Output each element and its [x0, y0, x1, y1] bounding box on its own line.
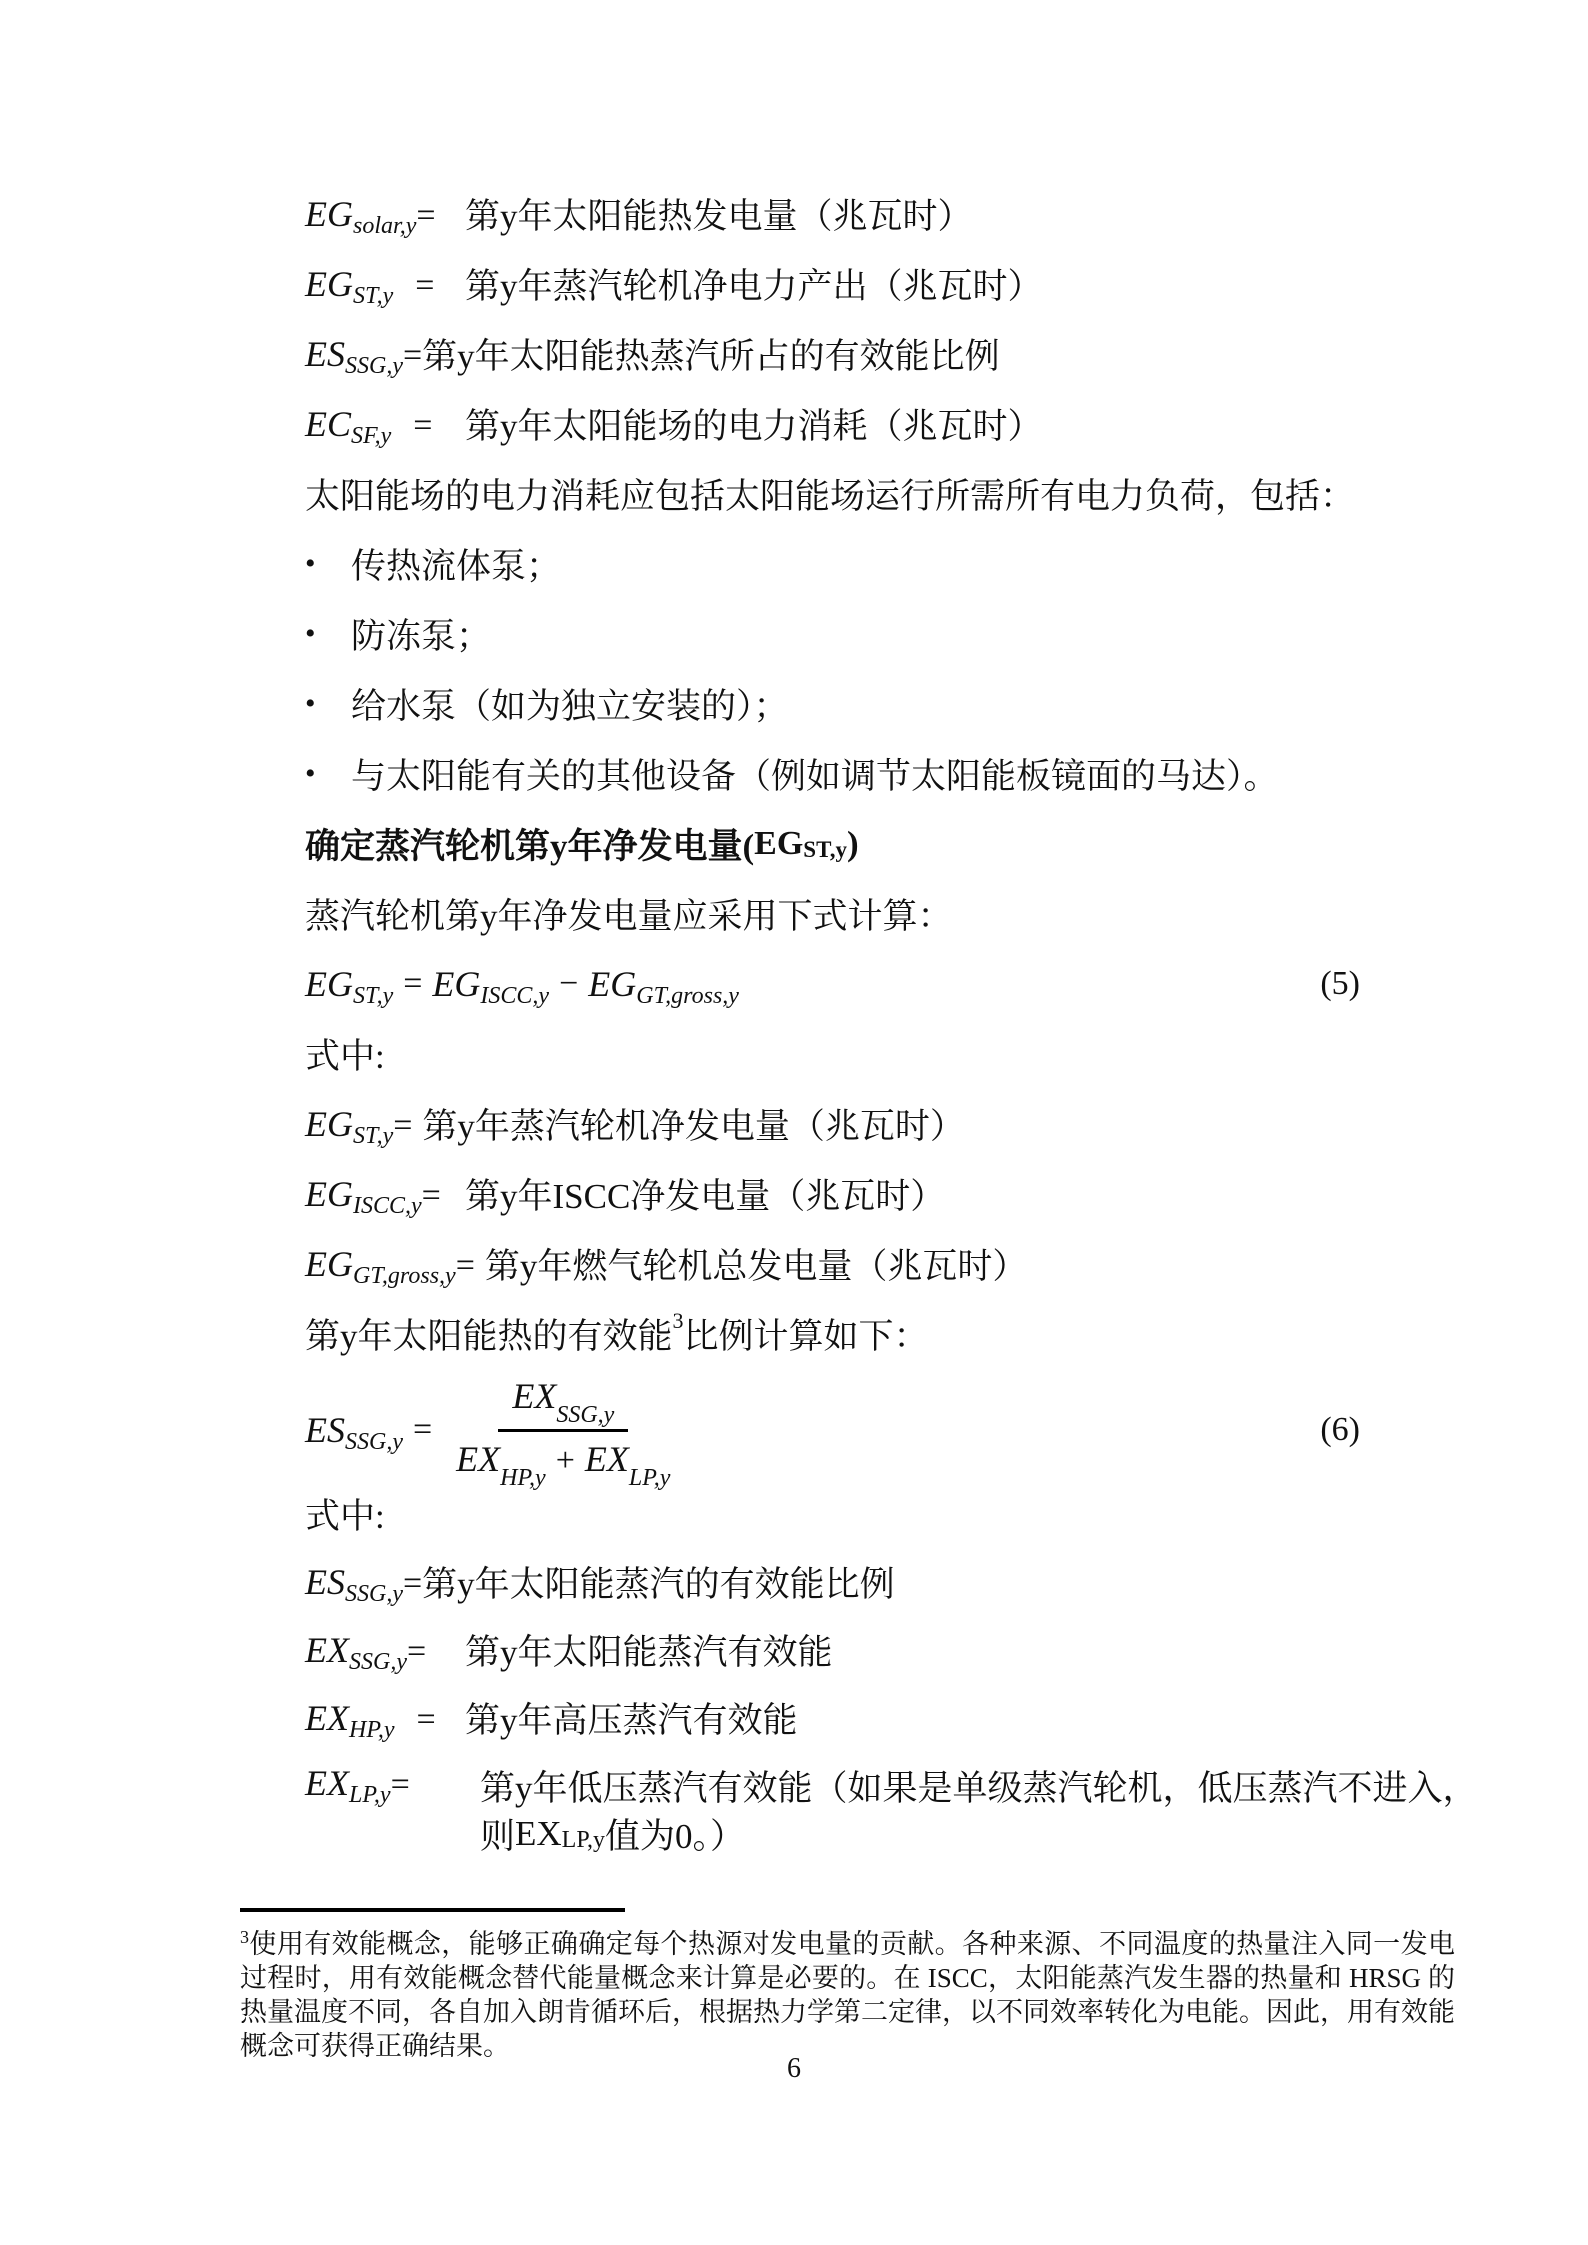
definition-description: 第y年高压蒸汽有效能: [465, 1693, 798, 1743]
variable-subscript: SSG,y: [556, 1402, 614, 1428]
bullet-text: 传热流体泵；: [351, 539, 561, 589]
where-text: 式中:: [305, 1029, 385, 1079]
equals-sign: =: [403, 337, 422, 375]
heading-variable-subscript: ST,y: [803, 837, 847, 863]
variable-subscript: ISCC,y: [353, 1193, 422, 1220]
variable-subscript: solar,y: [353, 213, 416, 240]
bullet-text: 与太阳能有关的其他设备（例如调节太阳能板镜面的马达）。: [351, 749, 1279, 799]
equals-sign: =: [393, 1107, 412, 1145]
variable-term: EXHP,y=: [305, 1697, 465, 1739]
minus-sign: −: [559, 965, 578, 1003]
variable-subscript: LP,y: [562, 1827, 605, 1854]
paragraph-eq6-intro: 第y年太阳能热的有效能3比例计算如下：: [305, 1310, 1410, 1358]
variable-name: EG: [305, 193, 353, 235]
definition-row: EGST,y= 第y年蒸汽轮机净电力产出（兆瓦时）: [305, 260, 1410, 308]
where-text: 式中:: [305, 1489, 385, 1539]
bullet-item: • 与太阳能有关的其他设备（例如调节太阳能板镜面的马达）。: [305, 750, 1410, 798]
section-heading: 确定蒸汽轮机第y年净发电量(EGST,y): [305, 820, 1410, 868]
paragraph-text: 蒸汽轮机第y年净发电量应采用下式计算：: [305, 889, 953, 939]
definition-row: EGST,y= 第y年蒸汽轮机净发电量（兆瓦时）: [305, 1100, 1410, 1148]
bullet-text: 防冻泵；: [351, 609, 491, 659]
equals-sign: =: [403, 1565, 422, 1603]
variable-term: ESSSG,y=: [305, 333, 422, 375]
variable-term: EGST,y=: [305, 263, 465, 305]
variable-term: EGISCC,y=: [305, 1173, 465, 1215]
paragraph-eq5-intro: 蒸汽轮机第y年净发电量应采用下式计算：: [305, 890, 1410, 938]
variable-name: EX: [456, 1439, 500, 1479]
bullet-text: 给水泵（如为独立安装的）；: [351, 679, 789, 729]
variable-subscript: ISCC,y: [480, 983, 549, 1010]
variable-name: EC: [305, 403, 351, 445]
equals-sign: =: [417, 1701, 436, 1739]
footnote-reference: 3: [673, 1308, 684, 1333]
variable-term: ESSSG,y=: [305, 1561, 422, 1603]
equals-sign: =: [413, 407, 432, 445]
heading-text-suffix: ): [847, 824, 859, 864]
footnote: 3使用有效能概念，能够正确确定每个热源对发电量的贡献。各种来源、不同温度的热量注…: [240, 1920, 1455, 2063]
equals-sign: =: [413, 1411, 432, 1449]
variable-subscript: HP,y: [349, 1717, 395, 1744]
variable-subscript: LP,y: [349, 1782, 391, 1809]
variable-subscript: LP,y: [629, 1465, 671, 1491]
variable-subscript: ST,y: [353, 283, 393, 310]
footnote-divider: [240, 1908, 625, 1912]
footnote-text: 使用有效能概念，能够正确确定每个热源对发电量的贡献。各种来源、不同温度的热量注入…: [240, 1929, 1455, 2061]
equation-6: ESSSG,y = EXSSG,y EXHP,y+EXLP,y (6): [305, 1380, 1410, 1480]
variable-subscript: GT,gross,y: [353, 1263, 456, 1290]
intro-prefix: 第y年太阳能热的有效能: [305, 1317, 673, 1356]
variable-name: EG: [305, 963, 353, 1005]
paragraph-solar-field-loads: 太阳能场的电力消耗应包括太阳能场运行所需所有电力负荷，包括：: [305, 470, 1410, 518]
variable-term: EGsolar,y=: [305, 193, 465, 235]
equation-5: EGST,y = EGISCC,y − EGGT,gross,y (5): [305, 960, 1410, 1008]
equation-term: EGGT,gross,y: [588, 963, 739, 1005]
description-text: 值为0。）: [605, 1809, 745, 1859]
definition-description: 第y年燃气轮机总发电量（兆瓦时）: [485, 1239, 1028, 1289]
variable-name: ES: [305, 1561, 345, 1603]
intro-suffix: 比例计算如下：: [684, 1317, 929, 1356]
equation-term: EGISCC,y: [432, 963, 549, 1005]
variable-name: EG: [305, 1173, 353, 1215]
bullet-marker: •: [305, 617, 351, 651]
bullet-marker: •: [305, 547, 351, 581]
bullet-item: • 防冻泵；: [305, 610, 1410, 658]
definition-description: 第y年蒸汽轮机净发电量（兆瓦时）: [422, 1099, 965, 1149]
equals-sign: =: [456, 1247, 475, 1285]
page-number: 6: [0, 2053, 1588, 2085]
fraction-denominator: EXHP,y+EXLP,y: [450, 1432, 676, 1486]
definition-description: 第y年太阳能蒸汽的有效能比例: [422, 1557, 895, 1607]
variable-name: EG: [305, 1243, 353, 1285]
variable-subscript: SSG,y: [349, 1649, 407, 1676]
variable-term: EGST,y=: [305, 1103, 412, 1145]
definition-row: ESSSG,y= 第y年太阳能蒸汽的有效能比例: [305, 1558, 1410, 1606]
definition-description: 第y年太阳能蒸汽有效能: [465, 1625, 833, 1675]
variable-name: EX: [305, 1762, 349, 1804]
variable-name: EX: [305, 1629, 349, 1671]
variable-subscript: SSG,y: [345, 1429, 403, 1456]
where-label: 式中:: [305, 1030, 1410, 1078]
definition-row: EGGT,gross,y= 第y年燃气轮机总发电量（兆瓦时）: [305, 1240, 1410, 1288]
equation-number: (5): [1320, 965, 1360, 1003]
heading-text: 确定蒸汽轮机第y年净发电量(: [305, 819, 754, 869]
definition-row: EXSSG,y= 第y年太阳能蒸汽有效能: [305, 1626, 1410, 1674]
definition-description: 第y年太阳能热发电量（兆瓦时）: [465, 189, 973, 239]
document-page: EGsolar,y= 第y年太阳能热发电量（兆瓦时） EGST,y= 第y年蒸汽…: [0, 0, 1588, 2245]
equals-sign: =: [422, 1177, 441, 1215]
definition-row: EXLP,y= 第y年低压蒸汽有效能（如果是单级蒸汽轮机，低压蒸汽不进入， 则E…: [305, 1762, 1410, 1858]
equation-lhs: EGST,y: [305, 963, 393, 1005]
variable-subscript: ST,y: [353, 1123, 393, 1150]
variable-term: EGGT,gross,y=: [305, 1243, 475, 1285]
where-label: 式中:: [305, 1490, 1410, 1538]
description-line-2: 则EXLP,y值为0。）: [480, 1810, 1478, 1858]
variable-name: EG: [432, 963, 480, 1005]
paragraph-text: 第y年太阳能热的有效能3比例计算如下：: [305, 1309, 929, 1359]
equals-sign: =: [416, 197, 435, 235]
variable-subscript: GT,gross,y: [636, 983, 739, 1010]
description-text: 第y年低压蒸汽有效能（如果是单级蒸汽轮机，低压蒸汽不进入，: [480, 1761, 1478, 1811]
variable-name: EG: [305, 1103, 353, 1145]
equals-sign: =: [403, 965, 422, 1003]
variable-term: EXLP,y=: [305, 1762, 480, 1804]
fraction: EXSSG,y EXHP,y+EXLP,y: [450, 1375, 676, 1486]
equals-sign: =: [407, 1633, 426, 1671]
variable-name: ES: [305, 1409, 345, 1451]
variable-subscript: ST,y: [353, 983, 393, 1010]
variable-subscript: SSG,y: [345, 353, 403, 380]
variable-name: ES: [305, 333, 345, 375]
paragraph-text: 太阳能场的电力消耗应包括太阳能场运行所需所有电力负荷，包括：: [305, 469, 1355, 519]
fraction-numerator: EXSSG,y: [498, 1375, 628, 1432]
variable-subscript: SF,y: [351, 423, 391, 450]
plus-sign: +: [556, 1442, 575, 1479]
variable-subscript: HP,y: [500, 1465, 546, 1491]
bullet-item: • 传热流体泵；: [305, 540, 1410, 588]
document-body: EGsolar,y= 第y年太阳能热发电量（兆瓦时） EGST,y= 第y年蒸汽…: [305, 190, 1410, 1878]
variable-name: EX: [515, 1814, 562, 1854]
heading-variable: EG: [754, 825, 803, 863]
variable-term: ECSF,y=: [305, 403, 465, 445]
variable-term: EXSSG,y=: [305, 1629, 465, 1671]
definition-row: EGISCC,y= 第y年ISCC净发电量（兆瓦时）: [305, 1170, 1410, 1218]
equation-lhs: ESSSG,y: [305, 1409, 403, 1451]
variable-name: EX: [585, 1439, 629, 1479]
footnote-number: 3: [240, 1927, 249, 1947]
equals-sign: =: [391, 1766, 410, 1804]
definition-row: ESSSG,y= 第y年太阳能热蒸汽所占的有效能比例: [305, 330, 1410, 378]
bullet-item: • 给水泵（如为独立安装的）；: [305, 680, 1410, 728]
variable-name: EX: [305, 1697, 349, 1739]
equals-sign: =: [415, 267, 434, 305]
variable-name: EX: [512, 1376, 556, 1416]
definition-description: 第y年太阳能场的电力消耗（兆瓦时）: [465, 399, 1043, 449]
variable-name: EG: [588, 963, 636, 1005]
definition-description: 第y年蒸汽轮机净电力产出（兆瓦时）: [465, 259, 1043, 309]
definition-description: 第y年太阳能热蒸汽所占的有效能比例: [422, 329, 1000, 379]
definition-description: 第y年ISCC净发电量（兆瓦时）: [465, 1169, 945, 1219]
definition-row: EGsolar,y= 第y年太阳能热发电量（兆瓦时）: [305, 190, 1410, 238]
definition-row: ECSF,y= 第y年太阳能场的电力消耗（兆瓦时）: [305, 400, 1410, 448]
definition-row: EXHP,y= 第y年高压蒸汽有效能: [305, 1694, 1410, 1742]
description-line-1: 第y年低压蒸汽有效能（如果是单级蒸汽轮机，低压蒸汽不进入，: [480, 1762, 1478, 1810]
bullet-marker: •: [305, 757, 351, 791]
description-text: 则: [480, 1809, 515, 1859]
variable-name: EG: [305, 263, 353, 305]
bullet-marker: •: [305, 687, 351, 721]
definition-description: 第y年低压蒸汽有效能（如果是单级蒸汽轮机，低压蒸汽不进入， 则EXLP,y值为0…: [480, 1762, 1478, 1858]
equation-number: (6): [1320, 1411, 1360, 1449]
variable-subscript: SSG,y: [345, 1581, 403, 1608]
